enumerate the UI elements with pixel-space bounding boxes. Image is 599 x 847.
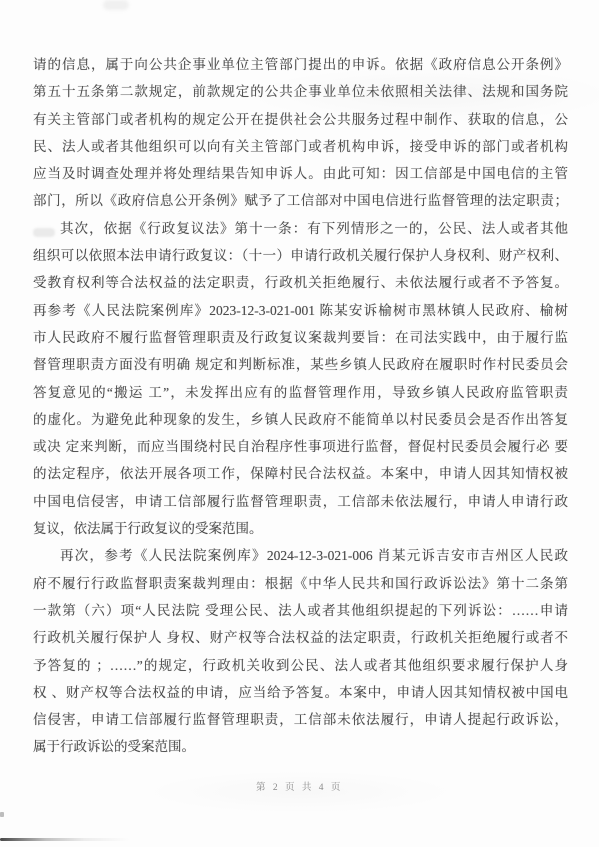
text-line: 行政机关履行保护人 身权、财产权等合法权益的法定职责，行政机关拒绝履行或者不 <box>33 624 568 651</box>
text-line: 复议，依法属于行政复议的受案范围。 <box>33 515 568 542</box>
text-line: 的虚化。为避免此种现象的发生，乡镇人民政府不能简单以村民委员会是否作出答复 <box>33 406 568 433</box>
text-line: 府不履行行政监督职责案裁判理由：根据《中华人民共和国行政诉讼法》第十二条第 <box>33 570 568 597</box>
text-line: 有关主管部门或者机构的规定公开在提供社会公共服务过程中制作、获取的信息，公 <box>33 106 568 133</box>
document-page: 请的信息，属于向公共企事业单位主管部门提出的申诉。依据《政府信息公开条例》第五十… <box>0 0 599 847</box>
text-line: 中国电信侵害，申请工信部履行监督管理职责，工信部未依法履行，申请人申请行政 <box>33 488 568 515</box>
text-line: 信侵害，申请工信部履行监督管理职责，工信部未依法履行，申请人提起行政诉讼， <box>33 706 568 733</box>
scan-smudge-artifact <box>33 228 55 237</box>
page-number-indicator: 第 2 页 共 4 页 <box>256 783 343 793</box>
text-line: 再次，参考《人民法院案例库》2024-12-3-021-006 肖某元诉吉安市吉… <box>33 542 568 569</box>
text-line: 民、法人或者其他组织可以向有关主管部门或者机构申诉，接受申诉的部门或者机构 <box>33 133 568 160</box>
text-line: 权 、财产权等合法权益的申请，应当给予答复。本案中，申请人因其知情权被中国电 <box>33 679 568 706</box>
scan-smudge-artifact <box>103 0 129 10</box>
document-body: 请的信息，属于向公共企事业单位主管部门提出的申诉。依据《政府信息公开条例》第五十… <box>33 51 568 761</box>
text-line: 督管理职责方面没有明确 规定和判断标准，某些乡镇人民政府在履职时作村民委员会 <box>33 351 568 378</box>
text-line: 答复意见的“搬运 工”，未发挥出应有的监督管理作用，导致乡镇人民政府监管职责 <box>33 379 568 406</box>
text-line: 市人民政府不履行监督管理职责及行政复议案裁判要旨：在司法实践中，由于履行监 <box>33 324 568 351</box>
page-footer: 第 2 页 共 4 页 <box>0 779 599 793</box>
text-line: 其次，依据《行政复议法》第十一条：有下列情形之一的，公民、法人或者其他 <box>33 215 568 242</box>
text-line: 受教育权利等合法权益的法定职责，行政机关拒绝履行、未依法履行或者不予答复。 <box>33 269 568 296</box>
text-line: 应当及时调查处理并将处理结果告知申诉人。由此可知：因工信部是中国电信的主管 <box>33 160 568 187</box>
text-line: 部门，所以《政府信息公开条例》赋予了工信部对中国电信进行监督管理的法定职责； <box>33 187 568 214</box>
text-line: 的法定程序，依法开展各项工作，保障村民合法权益。本案中，申请人因其知情权被 <box>33 460 568 487</box>
text-line: 第五十五条第二款规定，前款规定的公共企事业单位未依照相关法律、法规和国务院 <box>33 78 568 105</box>
text-line: 一款第（六）项“人民法院 受理公民、法人或者其他组织提起的下列诉讼：……申请 <box>33 597 568 624</box>
scan-edge-mark-artifact <box>0 812 4 817</box>
text-line: 组织可以依照本法申请行政复议：（十一）申请行政机关履行保护人身权利、财产权利、 <box>33 242 568 269</box>
text-line: 再参考《人民法院案例库》2023-12-3-021-001 陈某安诉榆树市黑林镇… <box>33 297 568 324</box>
text-line: 或决 定来判断，而应当围绕村民自治程序性事项进行监督，督促村民委员会履行必 要 <box>33 433 568 460</box>
text-line: 属于行政诉讼的受案范围。 <box>33 733 568 760</box>
scan-shadow-artifact <box>0 838 130 841</box>
text-line: 请的信息，属于向公共企事业单位主管部门提出的申诉。依据《政府信息公开条例》 <box>33 51 568 78</box>
text-line: 予答复的 ；……”的规定，行政机关收到公民、法人或者其他组织要求履行保护人身 <box>33 652 568 679</box>
